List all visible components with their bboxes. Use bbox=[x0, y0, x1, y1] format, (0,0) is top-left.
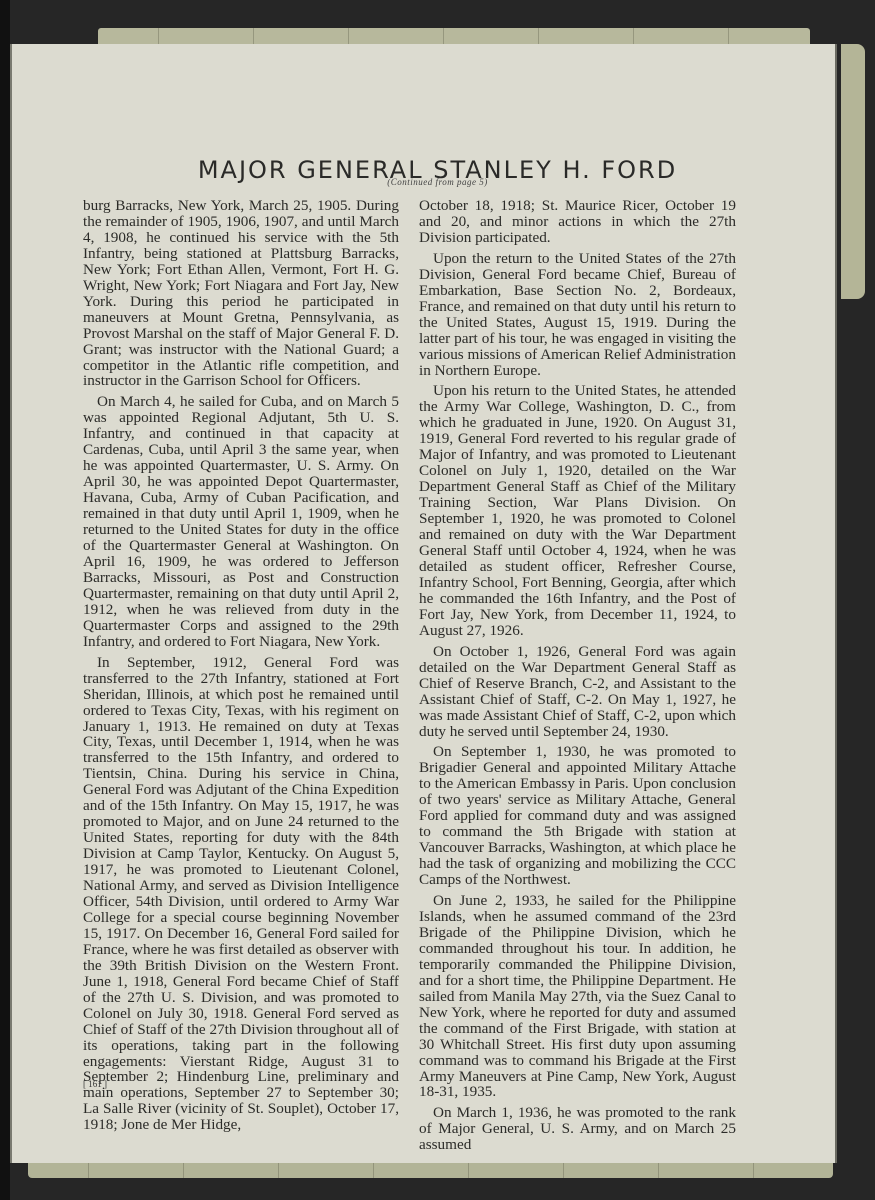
paragraph: Upon the return to the United States of … bbox=[419, 251, 736, 379]
paragraph: On June 2, 1933, he sailed for the Phili… bbox=[419, 893, 736, 1100]
paragraph: In September, 1912, General Ford was tra… bbox=[83, 655, 399, 1134]
paragraph: On March 1, 1936, he was promoted to the… bbox=[419, 1105, 736, 1153]
paragraph: October 18, 1918; St. Maurice Ricer, Oct… bbox=[419, 198, 736, 246]
paragraph: burg Barracks, New York, March 25, 1905.… bbox=[83, 198, 399, 389]
right-column: October 18, 1918; St. Maurice Ricer, Oct… bbox=[419, 198, 736, 1158]
paragraph: On October 1, 1926, General Ford was aga… bbox=[419, 644, 736, 740]
page-tabs-bottom bbox=[28, 1161, 833, 1178]
paragraph: Upon his return to the United States, he… bbox=[419, 383, 736, 638]
paragraph: On March 4, he sailed for Cuba, and on M… bbox=[83, 394, 399, 649]
left-column: burg Barracks, New York, March 25, 1905.… bbox=[83, 198, 399, 1138]
page-number: [ 161 ] bbox=[83, 1079, 107, 1089]
paragraph: On September 1, 1930, he was promoted to… bbox=[419, 744, 736, 888]
continued-note: (Continued from page 5) bbox=[0, 177, 875, 187]
